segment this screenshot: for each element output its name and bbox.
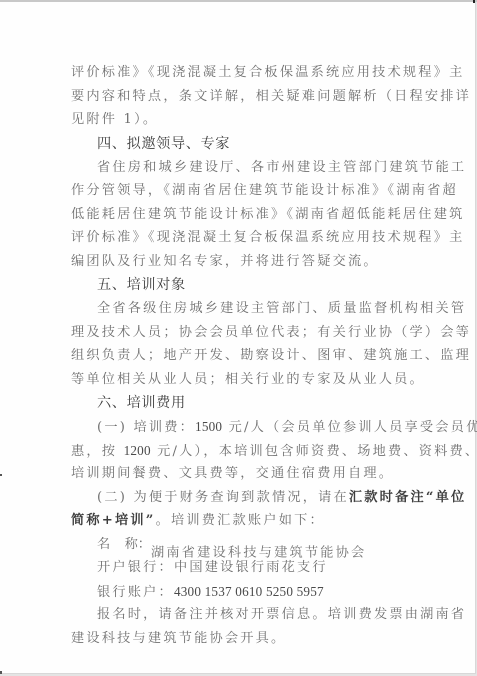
fee-line-3: 培训期间餐费、文具费等，交通住宿费用自理。 xyxy=(71,462,407,486)
paragraph-line: 理及技术人员；协会会员单位代表；有关行业协（学）会等 xyxy=(71,321,407,345)
document-page: 评价标准》《现浇混凝土复合板保温系统应用技术规程》主 要内容和特点，条文详解，相… xyxy=(0,0,476,674)
paragraph-line: 报名时，请备注并核对开票信息。培训费发票由湖南省 xyxy=(71,603,407,627)
remit-text: (二) 为便于财务查询到款情况，请在 xyxy=(97,490,349,505)
account-number-row: 银行账户：4300 1537 0610 5250 5957 xyxy=(71,580,407,604)
account-number-value: 4300 1537 0610 5250 5957 xyxy=(174,584,324,599)
scan-top-edge xyxy=(0,0,477,2)
account-name-label: 名称： xyxy=(97,533,151,557)
paragraph-line: 作分管领导，《湖南省居住建筑节能设计标准》《湖南省超 xyxy=(71,179,407,203)
paragraph-line: 要内容和特点，条文详解，相关疑难问题解析（日程安排详 xyxy=(71,85,407,109)
account-name-row: 名称：湖南省建设科技与建筑节能协会 xyxy=(71,533,407,557)
section-heading-training-fees: 六、培训费用 xyxy=(71,391,407,415)
paragraph-line: 编团队及行业知名专家，并将进行答疑交流。 xyxy=(71,250,407,274)
section-heading-invited-experts: 四、拟邀领导、专家 xyxy=(71,132,407,156)
remit-note-emphasis: 汇款时备注“单位 xyxy=(349,490,467,505)
scan-speck xyxy=(0,474,2,476)
paragraph-line: 见附件 1）。 xyxy=(71,108,407,132)
fee-text: 元/人（会员单位参训人员享受会员优 xyxy=(222,420,477,435)
fee-text: 元/人），本培训包含师资费、场地费、资料费、 xyxy=(151,444,477,459)
remit-line-1: (二) 为便于财务查询到款情况，请在汇款时备注“单位 xyxy=(71,486,407,510)
member-fee-amount: 1200 xyxy=(124,443,151,458)
document-body: 评价标准》《现浇混凝土复合板保温系统应用技术规程》主 要内容和特点，条文详解，相… xyxy=(71,61,407,650)
paragraph-line: 省住房和城乡建设厅、各市州建设主管部门建筑节能工 xyxy=(71,156,407,180)
fee-label: (一) 培训费： xyxy=(97,420,195,435)
fee-text: 惠，按 xyxy=(71,444,124,459)
fee-line-1: (一) 培训费：1500 元/人（会员单位参训人员享受会员优 xyxy=(71,415,407,439)
scan-speck xyxy=(473,0,475,3)
paragraph-line: 等单位相关从业人员；相关行业的专家及从业人员。 xyxy=(71,368,407,392)
account-number-label: 银行账户： xyxy=(97,585,174,600)
paragraph-line: 组织负责人；地产开发、勘察设计、图审、建筑施工、监理 xyxy=(71,344,407,368)
remit-line-2: 简称+培训”。培训费汇款账户如下： xyxy=(71,509,407,533)
fee-amount: 1500 xyxy=(195,419,222,434)
section-heading-training-audience: 五、培训对象 xyxy=(71,273,407,297)
paragraph-line: 评价标准》《现浇混凝土复合板保温系统应用技术规程》主 xyxy=(71,61,407,85)
scan-speck xyxy=(0,671,2,674)
bank-value: 中国建设银行雨花支行 xyxy=(174,560,328,575)
paragraph-line: 建设科技与建筑节能协会开具。 xyxy=(71,627,407,651)
paragraph-line: 全省各级住房城乡建设主管部门、质量监督机构相关管 xyxy=(71,297,407,321)
remit-note-emphasis: 简称+培训” xyxy=(71,513,156,528)
bank-label: 开户银行： xyxy=(97,560,174,575)
paragraph-line: 评价标准》《现浇混凝土复合板保温系统应用技术规程》主 xyxy=(71,226,407,250)
paragraph-line: 低能耗居住建筑节能设计标准》《湖南省超低能耗居住建筑 xyxy=(71,203,407,227)
fee-line-2: 惠，按 1200 元/人），本培训包含师资费、场地费、资料费、 xyxy=(71,439,407,463)
remit-text: 。培训费汇款账户如下： xyxy=(156,513,325,528)
